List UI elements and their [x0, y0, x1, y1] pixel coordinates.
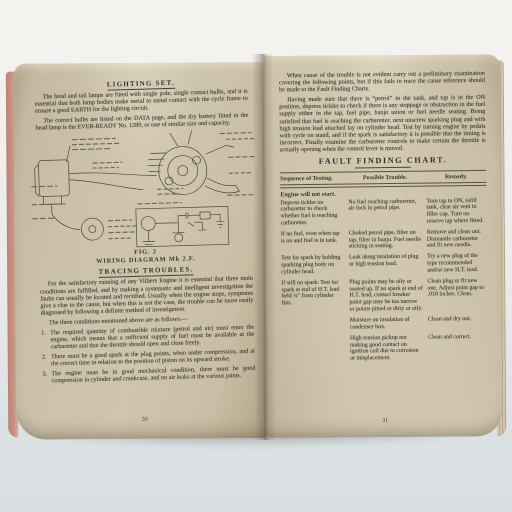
open-manual-book: LIGHTING SET. The head and tail lamps ar…	[4, 46, 507, 453]
bulb-legend-lines	[108, 220, 136, 239]
cell-sequence	[282, 318, 350, 332]
cell-remedy: Clean and dry out.	[428, 316, 488, 330]
right-page: When cause of the trouble is not evident…	[264, 54, 503, 438]
header-sequence: Sequence of Testing.	[280, 175, 348, 182]
list-item-number: 2.	[42, 353, 51, 367]
fault-finding-chart-title: FAULT FINDING CHART.	[280, 155, 486, 167]
preliminary-paragraph-2: Having made sure that there is “petrol” …	[279, 94, 486, 153]
table-section-heading: Engine will not start.	[280, 188, 486, 198]
cell-trouble: No fuel reaching carburetter, air lock i…	[348, 198, 426, 226]
left-page-number: 30	[20, 413, 267, 426]
list-item-text: The engine must be in good mechanical co…	[51, 364, 255, 384]
cell-remedy: Clean and correct.	[428, 334, 488, 362]
header-trouble: Possible Trouble.	[348, 174, 426, 181]
left-page: LIGHTING SET. The head and tail lamps ar…	[14, 62, 267, 440]
cell-trouble: Moisture on insulation of condenser box.	[350, 317, 428, 331]
list-item-text: The required quantity of combustible mix…	[50, 324, 255, 351]
wiring-diagram	[30, 129, 257, 251]
cell-remedy: Clean plug or fit new one. Adjust point …	[427, 278, 487, 312]
table-row: Depress tickler on carburetter to check …	[280, 197, 486, 226]
cell-trouble: Plug points may be oily or sooted up. If…	[349, 279, 428, 313]
cell-sequence	[282, 336, 350, 364]
cell-sequence: If no fuel, even when tap is on and fuel…	[281, 230, 349, 251]
fault-finding-table: Sequence of Testing. Possible Trouble. R…	[280, 170, 488, 363]
headlamp-label-lines	[30, 139, 124, 220]
table-row: If no fuel, even when tap is on and fuel…	[281, 229, 487, 252]
header-remedy: Remedy.	[426, 173, 486, 180]
conditions-list: 1. The required quantity of combustible …	[41, 324, 255, 385]
cell-remedy: Remove and clean out. Dismantle carburet…	[427, 229, 487, 250]
headlamp-drawing	[34, 160, 69, 215]
cell-remedy: Turn tap to ON, refill tank, clear air v…	[426, 197, 486, 225]
table-row: If still no spark: Test for spark at end…	[281, 278, 487, 314]
table-row: Test for spark by holding sparking plug …	[281, 253, 487, 276]
table-row: High tension pickup not making good cont…	[282, 334, 488, 363]
cell-trouble: High tension pickup not making good cont…	[350, 335, 428, 363]
table-row: Moisture on insulation of condenser box.…	[282, 316, 488, 332]
list-item: 1. The required quantity of combustible …	[41, 324, 255, 351]
tail-lamp-drawing	[81, 218, 104, 241]
right-page-number: 31	[267, 417, 502, 426]
wiring-lines	[51, 171, 159, 230]
book-photo: LIGHTING SET. The head and tail lamps ar…	[0, 0, 512, 512]
preliminary-paragraph-1: When cause of the trouble is not evident…	[279, 70, 485, 94]
cell-trouble: Leak along insulation of plug or high te…	[349, 254, 427, 275]
cell-trouble: Choked petrol pipe, filter on tap, filte…	[349, 229, 427, 250]
circuit-inset-box	[136, 202, 229, 248]
cell-sequence: If still no spark: Test for spark at end…	[281, 280, 349, 314]
list-item-number: 3.	[42, 370, 51, 384]
book-gutter-shadow	[252, 54, 277, 440]
lighting-paragraph-1: The head and tail lamps are fitted with …	[35, 88, 249, 115]
engine-label-lines	[156, 133, 256, 198]
cell-sequence: Depress tickler on carburetter to check …	[280, 199, 348, 227]
tracing-paragraph: For the satisfactory running of any Vill…	[40, 275, 254, 316]
engine-magneto-drawing	[147, 129, 240, 196]
cell-remedy: Try a new plug of the type recommended a…	[427, 253, 487, 274]
cell-sequence: Test for spark by holding sparking plug …	[281, 255, 349, 276]
title-rule	[355, 167, 411, 169]
list-item: 3. The engine must be in good mechanical…	[42, 364, 255, 384]
